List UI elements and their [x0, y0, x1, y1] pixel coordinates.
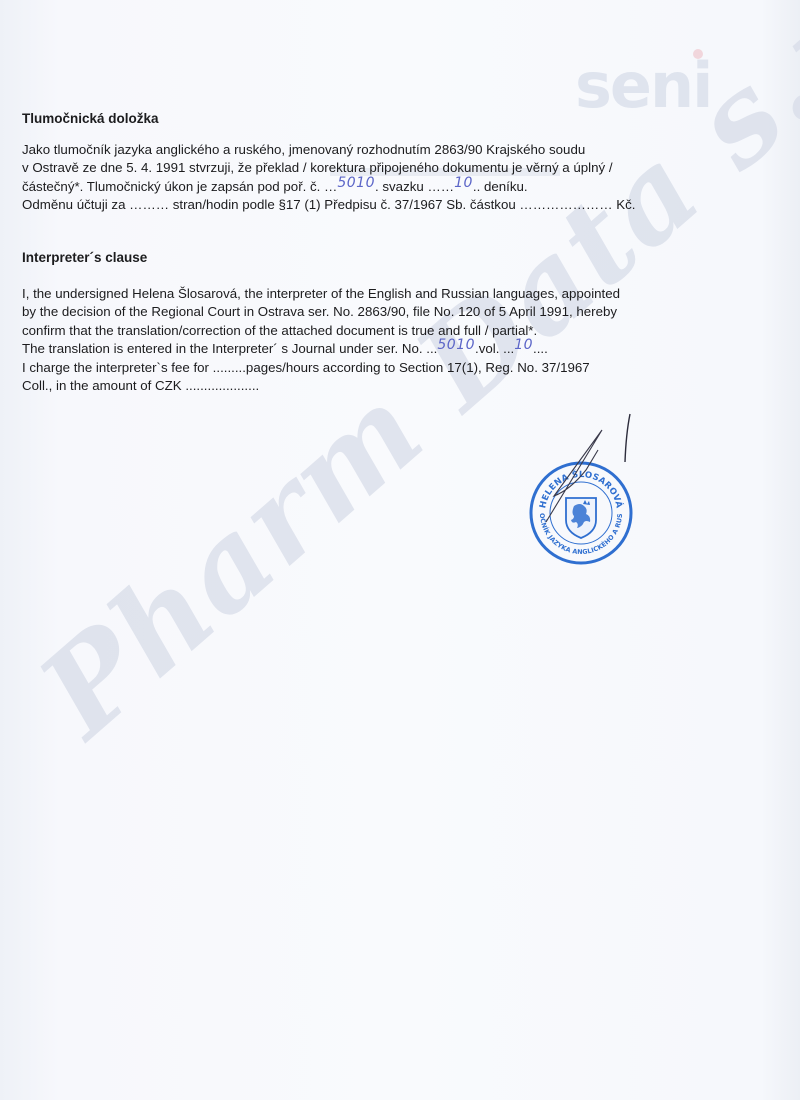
dotted-fill: ...: [426, 341, 437, 356]
czech-line-3-middle: svazku: [379, 179, 428, 194]
czech-line-3: částečný*. Tlumočnický úkon je zapsán po…: [22, 178, 635, 196]
czech-line-4: Odměnu účtuji za ……… stran/hodin podle §…: [22, 196, 635, 214]
handwritten-volume-number: 10: [454, 175, 473, 191]
handwritten-record-number: 5010: [337, 175, 375, 191]
czech-line-3-after: deníku.: [480, 179, 527, 194]
english-line-4-text: The translation is entered in the Interp…: [22, 341, 426, 356]
dotted-fill: ...: [503, 341, 514, 356]
czech-line-2: v Ostravě ze dne 5. 4. 1991 stvrzuji, že…: [22, 159, 635, 177]
czech-clause-heading: Tlumočnická doložka: [22, 111, 159, 126]
english-line-2: by the decision of the Regional Court in…: [22, 303, 620, 321]
english-line-1: I, the undersigned Helena Šlosarová, the…: [22, 285, 620, 303]
dotted-fill: ……: [427, 179, 454, 194]
english-line-6: Coll., in the amount of CZK ............…: [22, 377, 620, 395]
document-page: seni Pharm Data s.r.o. Tlumočnická dolož…: [0, 0, 800, 1100]
czech-line-1: Jako tlumočník jazyka anglického a ruské…: [22, 141, 635, 159]
english-line-4-middle: vol.: [479, 341, 503, 356]
english-clause-body: I, the undersigned Helena Šlosarová, the…: [22, 285, 620, 395]
showthrough-logo-dot: [693, 49, 703, 59]
czech-line-3-text: částečný*. Tlumočnický úkon je zapsán po…: [22, 179, 324, 194]
czech-clause-body: Jako tlumočník jazyka anglického a ruské…: [22, 141, 635, 215]
dotted-fill: ....: [533, 341, 548, 356]
english-clause-heading: Interpreter´s clause: [22, 250, 147, 265]
handwritten-volume-number: 10: [514, 337, 533, 353]
english-line-5: I charge the interpreter`s fee for .....…: [22, 359, 620, 377]
signature-icon: [540, 410, 640, 530]
dotted-fill: …: [324, 179, 337, 194]
english-line-4: The translation is entered in the Interp…: [22, 340, 620, 358]
handwritten-record-number: 5010: [437, 337, 475, 353]
